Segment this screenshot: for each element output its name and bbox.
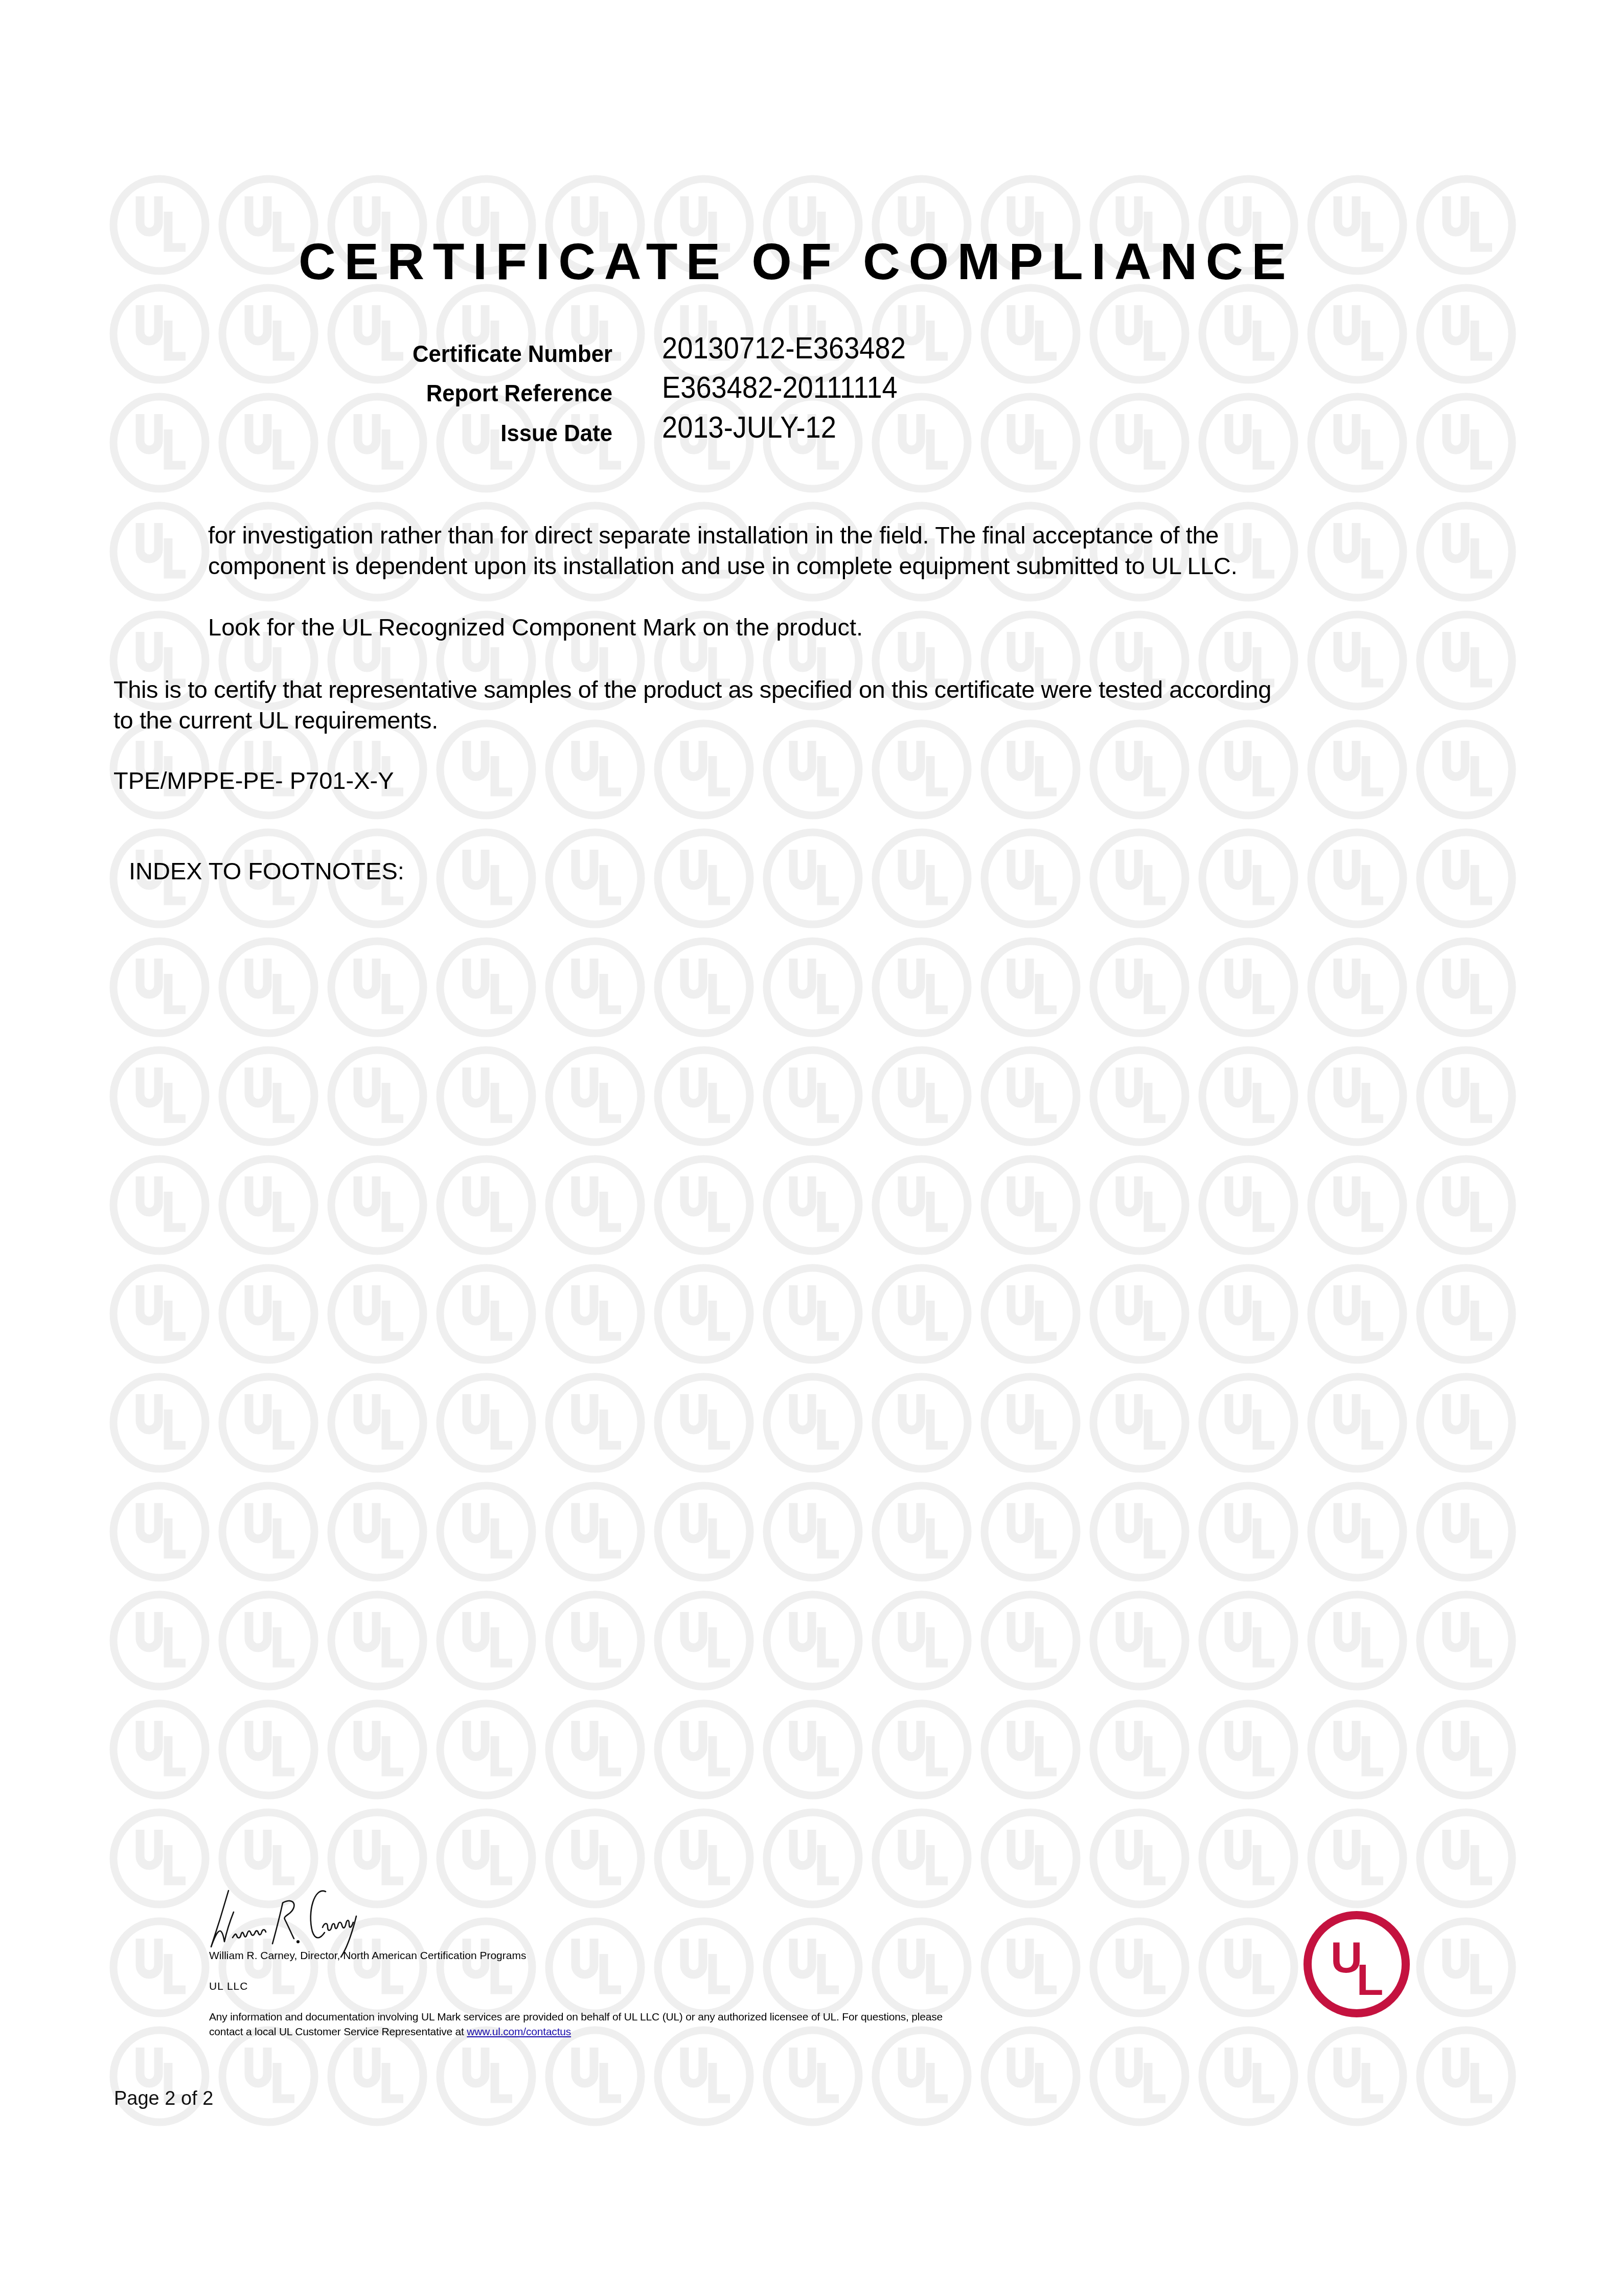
certify-line-2: to the current UL requirements. — [113, 705, 1271, 736]
certificate-title: CERTIFICATE OF COMPLIANCE — [299, 236, 1294, 288]
look-for-mark-text: Look for the UL Recognized Component Mar… — [208, 612, 863, 643]
certificate-number-label: Certificate Number — [280, 342, 612, 366]
certificate-number-value: 20130712-E363482 — [662, 333, 906, 363]
continuation-line-1: for investigation rather than for direct… — [208, 520, 1237, 551]
disclaimer-line-2-text: contact a local UL Customer Service Repr… — [209, 2026, 467, 2038]
contact-us-link[interactable]: www.ul.com/contactus — [467, 2026, 571, 2038]
certify-line-1: This is to certify that representative s… — [113, 674, 1271, 705]
certify-paragraph: This is to certify that representative s… — [113, 674, 1271, 736]
company-name: UL LLC — [209, 1979, 248, 1994]
disclaimer-line-1: Any information and documentation involv… — [209, 2010, 943, 2025]
issue-date-label: Issue Date — [280, 421, 612, 445]
disclaimer-line-2: contact a local UL Customer Service Repr… — [209, 2025, 943, 2039]
issue-date-value: 2013-JULY-12 — [662, 413, 836, 443]
signatory-line: William R. Carney, Director, North Ameri… — [209, 1948, 526, 1963]
footnotes-heading: INDEX TO FOOTNOTES: — [129, 856, 404, 886]
signature-image — [207, 1881, 437, 1958]
ul-logo-icon: U L — [1302, 1910, 1411, 2018]
product-model: TPE/MPPE-PE- P701-X-Y — [113, 765, 394, 796]
continuation-paragraph: for investigation rather than for direct… — [208, 520, 1237, 581]
page-indicator: Page 2 of 2 — [114, 2089, 213, 2108]
report-reference-value: E363482-20111114 — [662, 373, 898, 403]
certificate-page: CERTIFICATE OF COMPLIANCE Certificate Nu… — [0, 0, 1624, 2296]
svg-text:L: L — [1357, 1956, 1384, 2005]
report-reference-label: Report Reference — [280, 381, 612, 405]
continuation-line-2: component is dependent upon its installa… — [208, 551, 1237, 581]
disclaimer: Any information and documentation involv… — [209, 2010, 943, 2039]
